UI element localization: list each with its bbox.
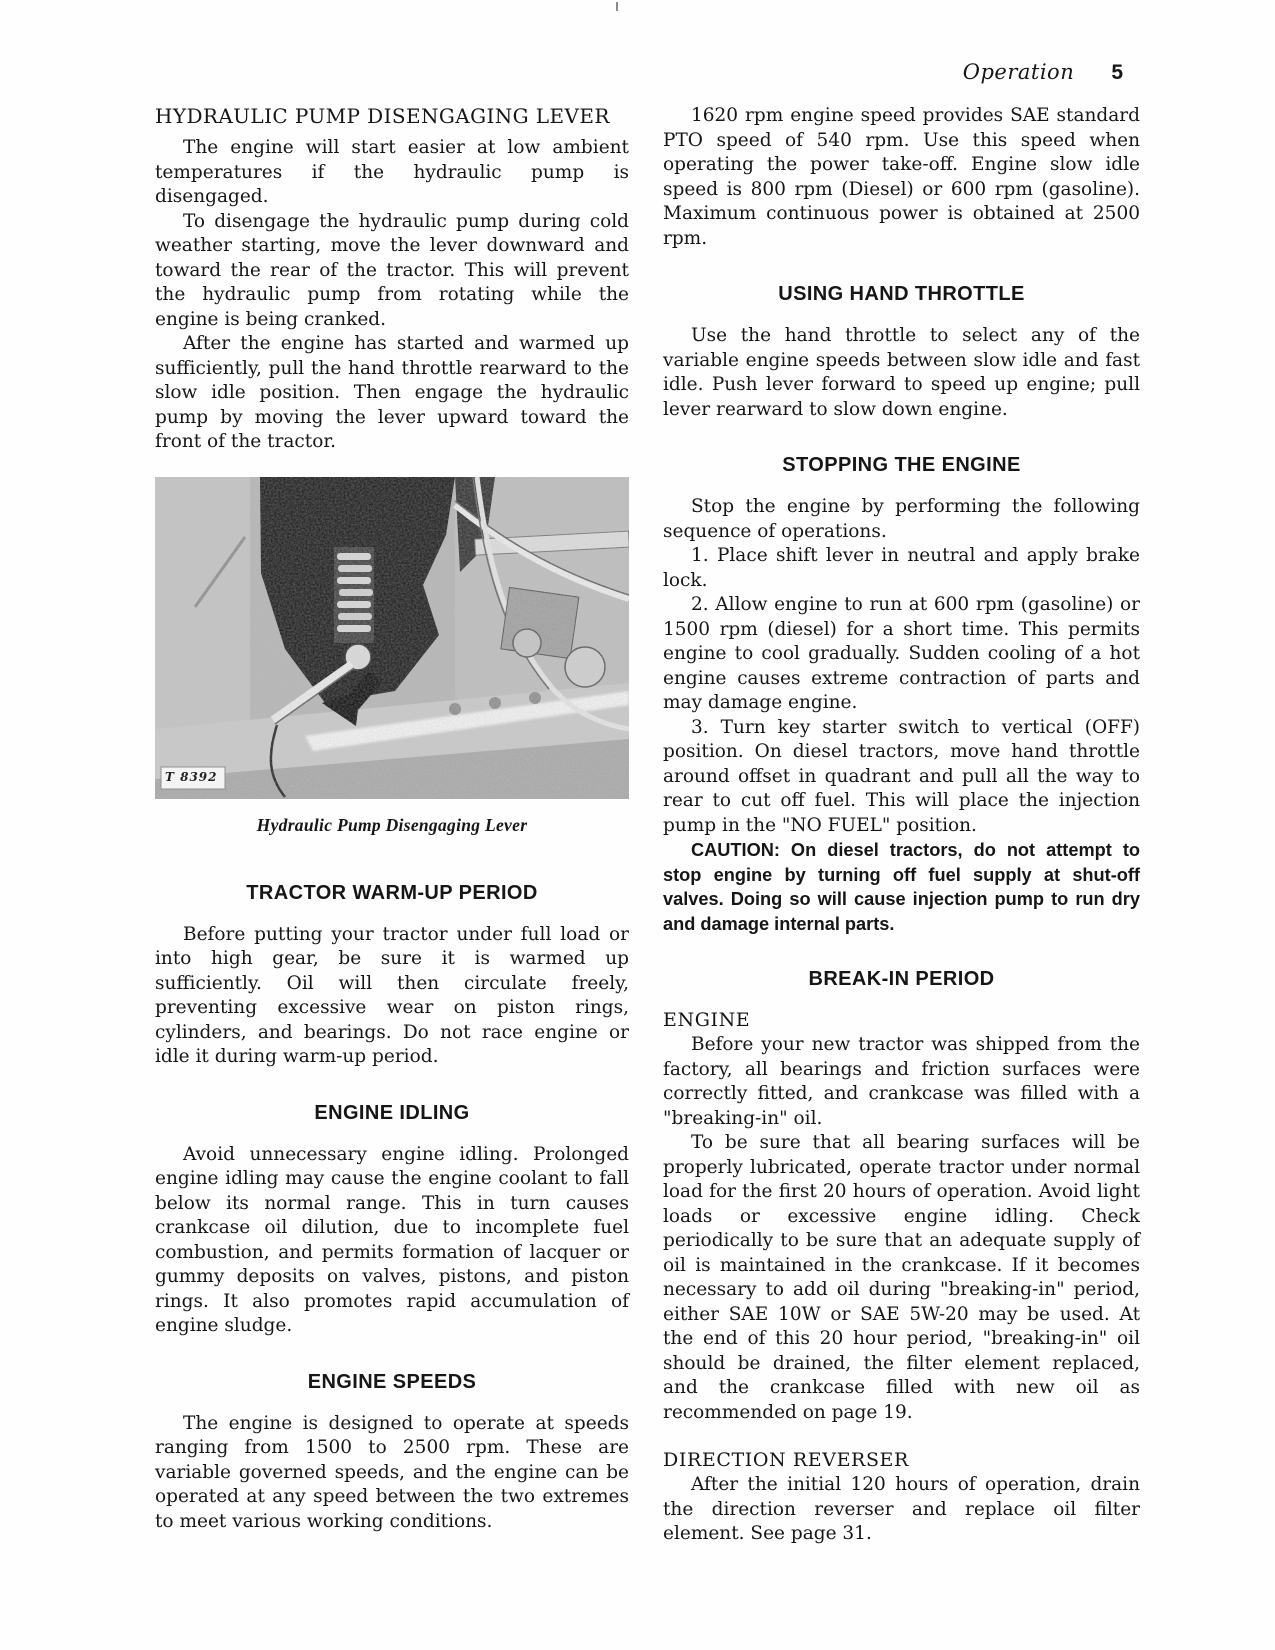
figure-photo <box>155 477 629 799</box>
paragraph: The engine will start easier at low ambi… <box>155 136 629 210</box>
figure: T 8392 <box>155 477 629 799</box>
subheading-direction-reverser: DIRECTION REVERSER <box>663 1449 1140 1471</box>
paragraph: Stop the engine by performing the follow… <box>663 495 1140 544</box>
manual-page: Operation 5 HYDRAULIC PUMP DISENGAGING L… <box>0 0 1275 1650</box>
paragraph: After the initial 120 hours of operation… <box>663 1473 1140 1547</box>
paragraph: 1620 rpm engine speed provides SAE stand… <box>663 104 1140 251</box>
section-heading-stopping: STOPPING THE ENGINE <box>663 454 1140 477</box>
section-heading-hydraulic-pump: HYDRAULIC PUMP DISENGAGING LEVER <box>155 104 629 128</box>
left-column: HYDRAULIC PUMP DISENGAGING LEVER The eng… <box>155 104 629 1534</box>
paragraph: Before putting your tractor under full l… <box>155 923 629 1070</box>
paragraph: The engine is designed to operate at spe… <box>155 1412 629 1535</box>
section-title: Operation <box>963 60 1074 84</box>
section-heading-speeds: ENGINE SPEEDS <box>155 1371 629 1394</box>
subheading-engine: ENGINE <box>663 1009 1140 1031</box>
paragraph: To disengage the hydraulic pump during c… <box>155 210 629 333</box>
page-number: 5 <box>1111 61 1123 84</box>
section-heading-break-in: BREAK-IN PERIOD <box>663 968 1140 991</box>
numbered-step: 2. Allow engine to run at 600 rpm (gasol… <box>663 593 1140 716</box>
section-heading-hand-throttle: USING HAND THROTTLE <box>663 283 1140 306</box>
page-header: Operation 5 <box>963 60 1123 85</box>
photo-id-label: T 8392 <box>165 770 218 784</box>
paragraph: To be sure that all bearing surfaces wil… <box>663 1131 1140 1425</box>
figure-caption: Hydraulic Pump Disengaging Lever <box>155 815 629 836</box>
numbered-step: 1. Place shift lever in neutral and appl… <box>663 544 1140 593</box>
paragraph: Before your new tractor was shipped from… <box>663 1033 1140 1131</box>
caution-note: CAUTION: On diesel tractors, do not atte… <box>663 838 1140 936</box>
paragraph: After the engine has started and warmed … <box>155 332 629 455</box>
section-heading-idling: ENGINE IDLING <box>155 1102 629 1125</box>
section-heading-warmup: TRACTOR WARM-UP PERIOD <box>155 882 629 905</box>
numbered-step: 3. Turn key starter switch to vertical (… <box>663 716 1140 839</box>
paragraph: Use the hand throttle to select any of t… <box>663 324 1140 422</box>
right-column: 1620 rpm engine speed provides SAE stand… <box>663 104 1140 1547</box>
paragraph: Avoid unnecessary engine idling. Prolong… <box>155 1143 629 1339</box>
scan-artifact <box>616 2 618 11</box>
